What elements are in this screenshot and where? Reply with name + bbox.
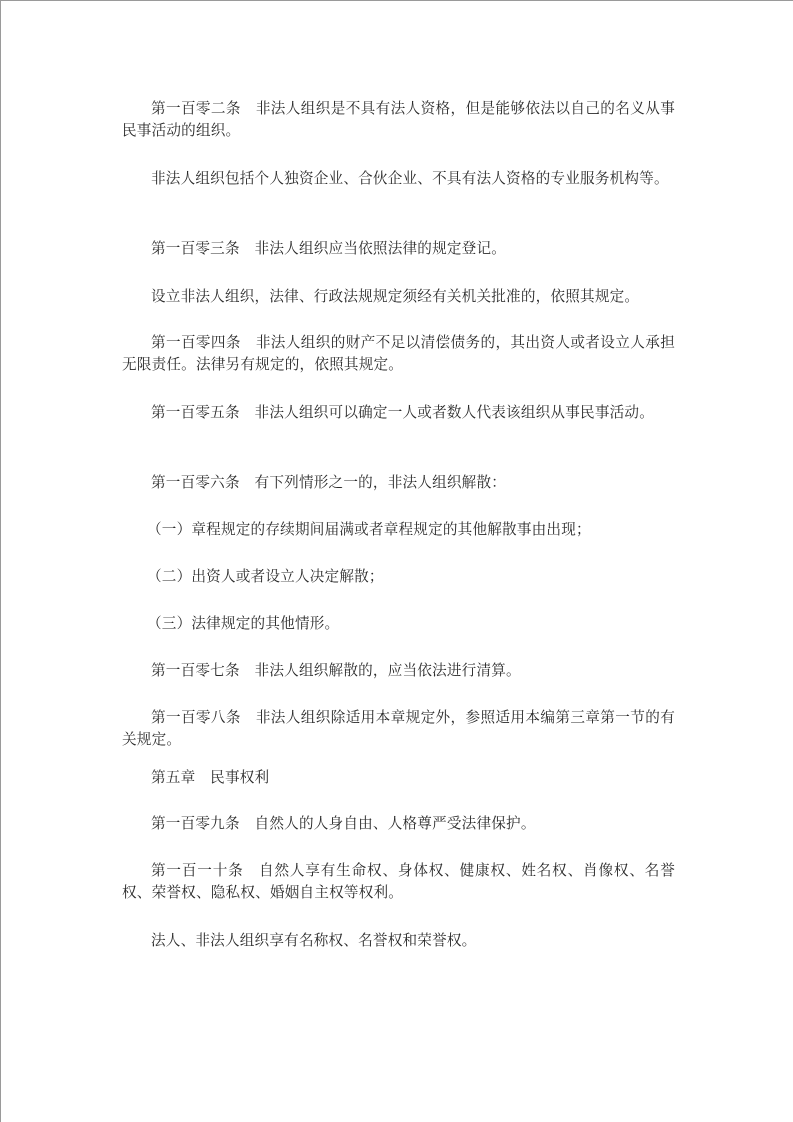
document-page: 第一百零二条 非法人组织是不具有法人资格，但是能够依法以自己的名义从事民事活动的… (0, 0, 793, 1122)
article-107: 第一百零七条 非法人组织解散的，应当依法进行清算。 (122, 660, 675, 682)
article-102-paragraph-1: 第一百零二条 非法人组织是不具有法人资格，但是能够依法以自己的名义从事民事活动的… (122, 98, 675, 142)
article-104: 第一百零四条 非法人组织的财产不足以清偿债务的，其出资人或者设立人承担无限责任。… (122, 332, 675, 376)
article-102-paragraph-2: 非法人组织包括个人独资企业、合伙企业、不具有法人资格的专业服务机构等。 (122, 168, 675, 190)
article-106-item-1: （一）章程规定的存续期间届满或者章程规定的其他解散事由出现； (147, 519, 700, 541)
article-106-item-2: （二）出资人或者设立人决定解散； (147, 566, 700, 588)
article-108: 第一百零八条 非法人组织除适用本章规定外，参照适用本编第三章第一节的有关规定。 (122, 707, 675, 751)
article-103-paragraph-2: 设立非法人组织，法律、行政法规规定须经有关机关批准的，依照其规定。 (122, 286, 675, 308)
article-110-paragraph-2: 法人、非法人组织享有名称权、名誉权和荣誉权。 (122, 930, 675, 952)
article-106: 第一百零六条 有下列情形之一的，非法人组织解散： (122, 472, 675, 494)
chapter-5-heading: 第五章 民事权利 (122, 767, 675, 789)
article-103-paragraph-1: 第一百零三条 非法人组织应当依照法律的规定登记。 (122, 238, 675, 260)
article-106-item-3: （三）法律规定的其他情形。 (147, 613, 700, 635)
article-110-paragraph-1: 第一百一十条 自然人享有生命权、身体权、健康权、姓名权、肖像权、名誉权、荣誉权、… (122, 860, 675, 904)
article-105: 第一百零五条 非法人组织可以确定一人或者数人代表该组织从事民事活动。 (122, 402, 675, 424)
article-109: 第一百零九条 自然人的人身自由、人格尊严受法律保护。 (122, 813, 675, 835)
